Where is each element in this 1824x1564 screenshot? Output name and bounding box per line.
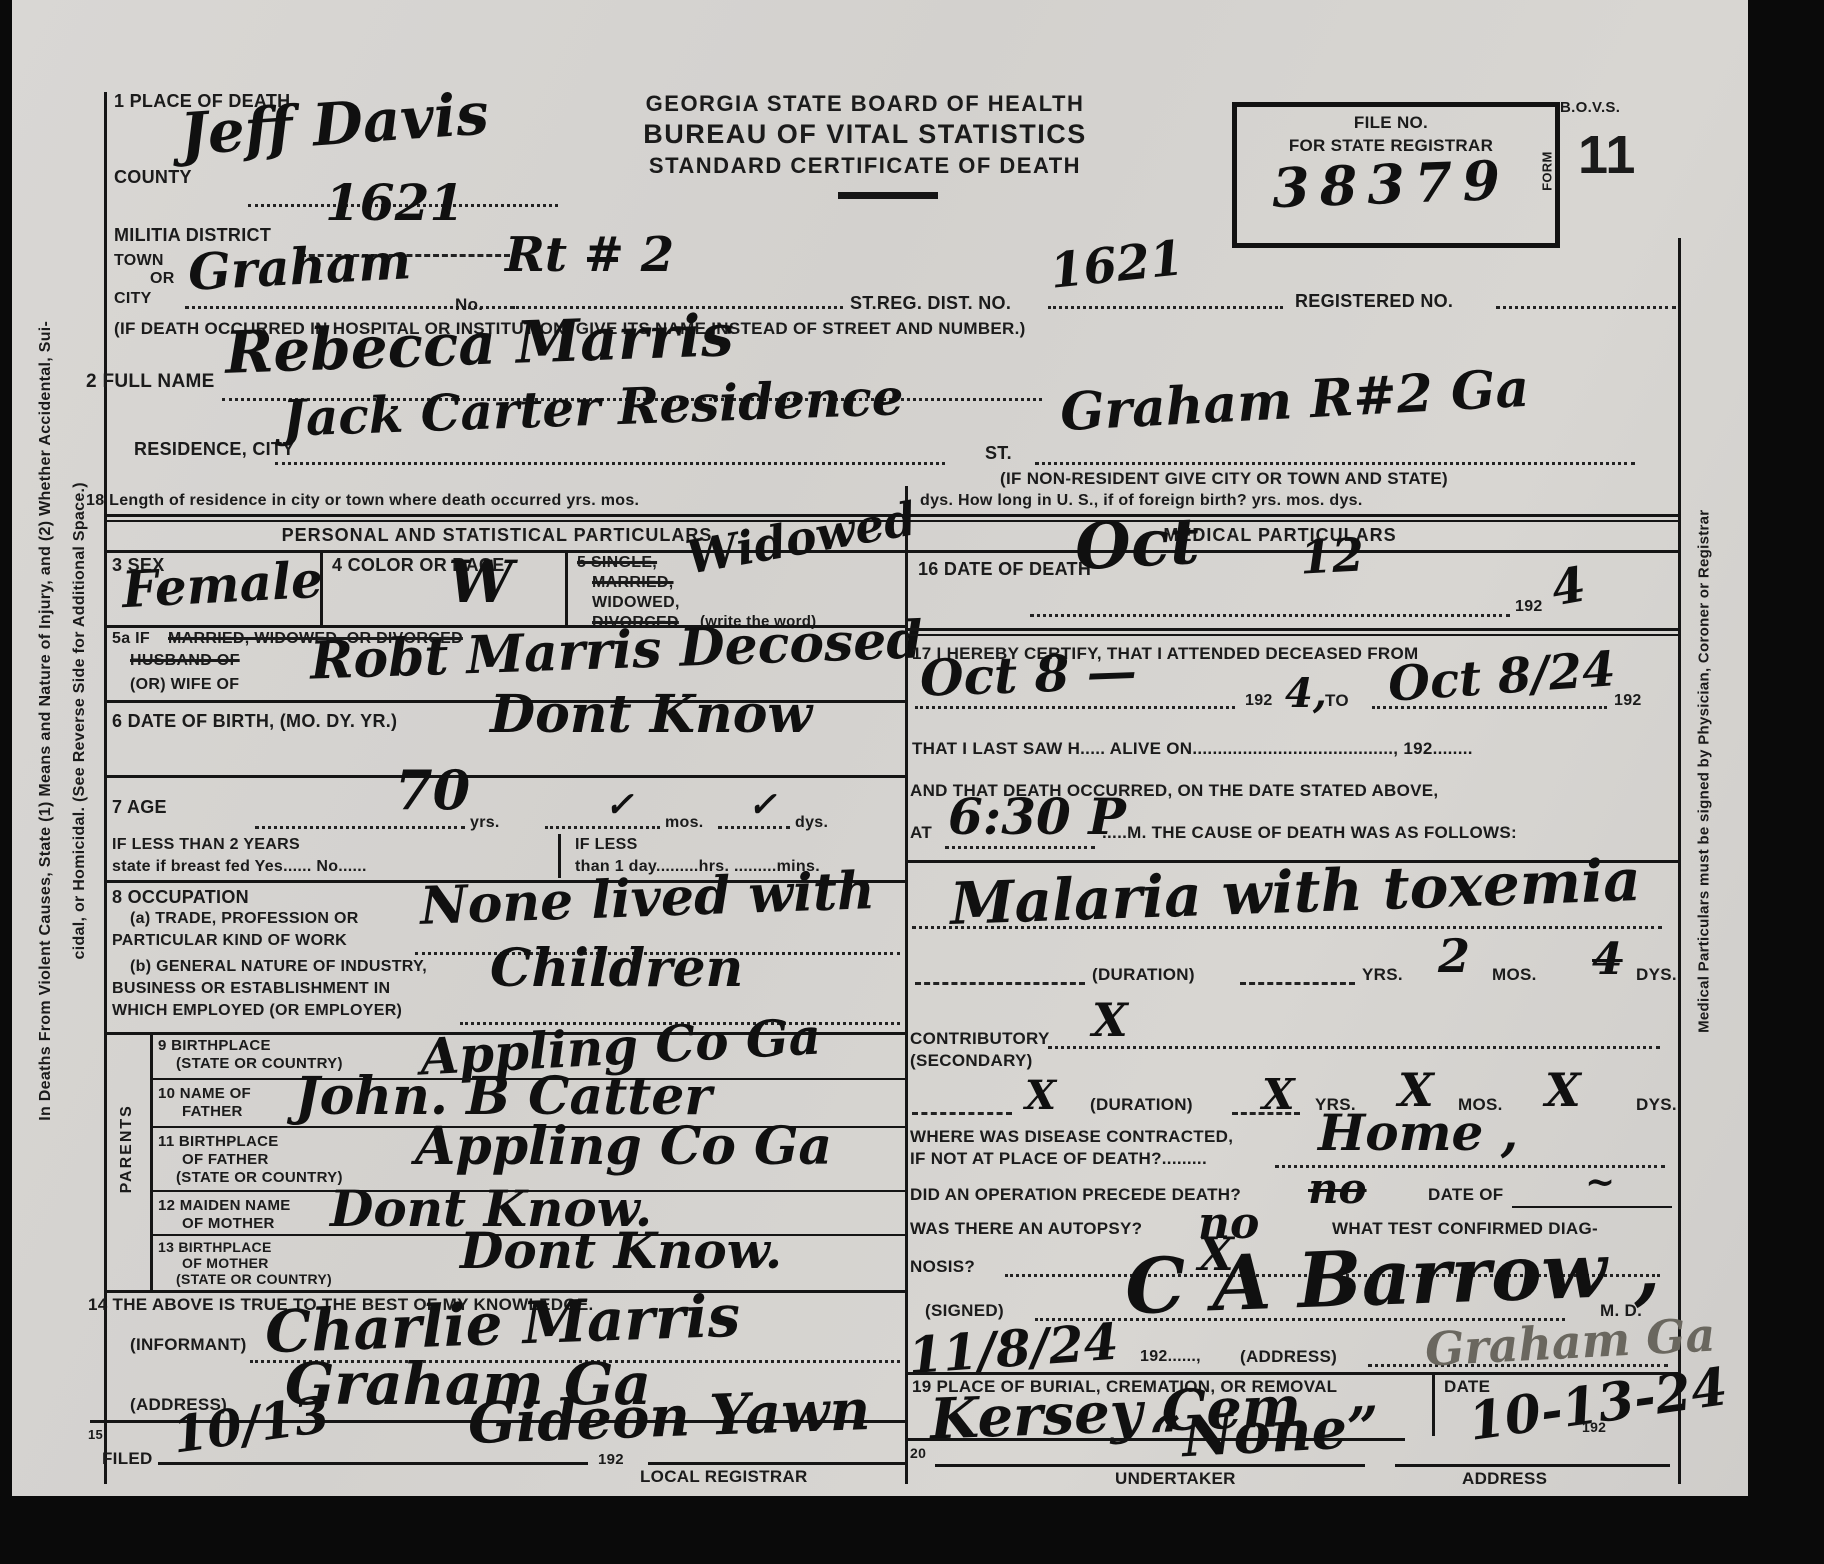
signature-date-value: 11/8/24 <box>907 1319 1120 1379</box>
occupation-a1-label: (a) TRADE, PROFESSION OR <box>130 910 359 928</box>
signature-address-label: (ADDRESS) <box>1240 1348 1337 1367</box>
time-of-death-value: 6:30 P <box>948 794 1126 839</box>
occupation-a2-label: PARTICULAR KIND OF WORK <box>112 932 347 950</box>
father-birthplace-value: Appling Co Ga <box>415 1124 832 1171</box>
duration2-lead-rule <box>912 1112 1012 1115</box>
masthead-divider <box>838 192 938 199</box>
disease-contracted-value: Home , <box>1318 1110 1518 1155</box>
age-mos-label: mos. <box>665 814 704 832</box>
father-birthplace-sublabel2: (STATE OR COUNTRY) <box>176 1170 343 1187</box>
occupation-b3-label: WHICH EMPLOYED (OR EMPLOYER) <box>112 1002 402 1020</box>
occupation-b-value: Children <box>490 946 743 993</box>
autopsy-question: WAS THERE AN AUTOPSY? <box>910 1220 1142 1239</box>
father-birthplace-sublabel1: OF FATHER <box>182 1152 269 1169</box>
race-value: W <box>448 556 513 608</box>
parents-bracket <box>150 1032 153 1290</box>
age-yrs-label: yrs. <box>470 814 500 832</box>
last-saw-statement: THAT I LAST SAW H..... ALIVE ON.........… <box>912 740 1473 759</box>
mother-maiden-label: 12 MAIDEN NAME <box>158 1198 291 1215</box>
dob-rule <box>105 775 905 778</box>
form-word-wrap: FORM <box>1513 162 1583 180</box>
full-name-label: 2 FULL NAME <box>86 372 215 393</box>
signed-label: (SIGNED) <box>925 1302 1004 1321</box>
attended-from-year-printed: 192 <box>1245 692 1273 710</box>
duration2-pre-mark: X <box>1025 1078 1056 1114</box>
bovs-label: B.O.V.S. <box>1560 100 1620 117</box>
duration2-label: (DURATION) <box>1090 1096 1193 1115</box>
race-marital-divider <box>565 552 568 625</box>
occupation-b2-label: BUSINESS OR ESTABLISHMENT IN <box>112 980 390 998</box>
right-margin-note-wrap: Medical Particulars must be signed by Ph… <box>1205 762 1824 780</box>
sex-race-divider <box>320 552 323 625</box>
date-of-death-year-hw: 4 <box>1549 563 1589 611</box>
residence-label: RESIDENCE, CITY <box>134 440 295 460</box>
left-margin-note-line2: cidal, or Homicidal. (See Reverse Side f… <box>71 482 89 959</box>
date-of-death-year-printed: 192 <box>1515 598 1543 616</box>
marital-option-married: MARRIED, <box>592 574 674 592</box>
form-word: FORM <box>1541 151 1555 190</box>
town-value: Graham <box>187 238 412 295</box>
duration-yrs-label: YRS. <box>1362 966 1403 985</box>
duration2-yrs-mark: X <box>1262 1076 1295 1114</box>
attended-from-year-hw: 4, <box>1285 676 1327 712</box>
disease-contracted-label2: IF NOT AT PLACE OF DEATH?......... <box>910 1150 1207 1169</box>
date-of-death-day: 12 <box>1299 534 1365 579</box>
age-yrs-rule <box>255 826 465 829</box>
secondary-label: (SECONDARY) <box>910 1052 1033 1071</box>
contributory-label: CONTRIBUTORY <box>910 1030 1050 1049</box>
informant-label: (INFORMANT) <box>130 1336 247 1355</box>
dob-value: Dont Know <box>490 692 812 739</box>
date-of-label: DATE OF <box>1428 1186 1503 1205</box>
age-label: 7 AGE <box>112 798 167 818</box>
county-label: COUNTY <box>114 168 192 188</box>
nosis-label: NOSIS? <box>910 1258 975 1277</box>
militia-district-value: 1621 <box>325 180 464 225</box>
m5a-prefix: 5a IF <box>112 630 150 648</box>
file-no-value: 38379 <box>1231 154 1551 214</box>
or-label: OR <box>150 270 175 288</box>
time-rule <box>945 846 1095 849</box>
attended-from-value: Oct 8 — <box>919 648 1137 701</box>
filed-year-printed: 192 <box>598 1452 624 1469</box>
duration-mos-label: MOS. <box>1492 966 1537 985</box>
attended-from-rule <box>915 706 1235 709</box>
undertaker-section-number: 20 <box>910 1446 926 1461</box>
age-mos-mark: ✓ <box>605 790 634 821</box>
burial-year-printed: 192 <box>1582 1420 1606 1435</box>
physician-signature: C A Barrow , <box>1124 1235 1661 1322</box>
duration2-dys-mark: X <box>1545 1070 1581 1111</box>
to-label: TO <box>1325 692 1349 711</box>
informant-value: Charlie Marris <box>264 1290 741 1359</box>
occupation-a-value: None lived with <box>419 868 875 931</box>
town-label: TOWN <box>114 252 164 270</box>
duration-yrs-rule <box>1240 982 1355 985</box>
mother-maiden-sublabel: OF MOTHER <box>182 1216 275 1233</box>
rule-c <box>105 550 1681 553</box>
father-name-value: John. B Catter <box>295 1074 712 1121</box>
registered-no-label: REGISTERED NO. <box>1295 292 1453 312</box>
duration-mos-value: 2 <box>1438 936 1470 977</box>
streg-value: 1621 <box>1048 237 1185 294</box>
age-dys-rule <box>718 826 790 829</box>
age-dys-mark: ✓ <box>748 790 777 821</box>
duration-lead-rule <box>915 982 1085 985</box>
date-of-death-label: 16 DATE OF DEATH <box>918 560 1091 580</box>
undertaker-label: UNDERTAKER <box>1115 1470 1236 1489</box>
dod-rule-a <box>905 628 1681 631</box>
cause-rule <box>912 926 1662 929</box>
operation-question: DID AN OPERATION PRECEDE DEATH? <box>910 1186 1241 1205</box>
wife-of-label: (OR) WIFE OF <box>130 676 239 694</box>
filed-label: FILED <box>102 1450 153 1469</box>
disease-contracted-label1: WHERE WAS DISEASE CONTRACTED, <box>910 1128 1233 1147</box>
attended-to-value: Oct 8/24 <box>1387 648 1617 707</box>
mother-birthplace-sublabel1: OF MOTHER <box>182 1256 269 1271</box>
father-name-label: 10 NAME OF <box>158 1086 251 1103</box>
occupation-b1-label: (b) GENERAL NATURE OF INDUSTRY, <box>130 958 427 976</box>
registrar-signature: Gideon Yawn <box>467 1385 871 1449</box>
mother-birthplace-sublabel2: (STATE OR COUNTRY) <box>176 1272 332 1287</box>
file-no-label: FILE NO. <box>1232 114 1550 133</box>
age-value: 70 <box>395 766 470 815</box>
sex-value: Female <box>121 557 324 612</box>
date-of-death-month: Oct <box>1074 513 1201 577</box>
age-dys-label: dys. <box>795 814 828 832</box>
contributory-rule <box>1048 1046 1660 1049</box>
breast-fed-label: state if breast fed Yes...... No...... <box>112 858 367 876</box>
duration2-dys-label: DYS. <box>1636 1096 1677 1115</box>
age-mos-rule <box>545 826 660 829</box>
if-less-label: IF LESS <box>575 836 638 854</box>
local-registrar-label: LOCAL REGISTRAR <box>640 1468 808 1487</box>
registrar-rule <box>648 1462 905 1465</box>
st-rule <box>1035 462 1635 465</box>
form-number: 11 <box>1578 126 1636 185</box>
contributory-mark: X <box>1092 1000 1128 1041</box>
marital-option-single: 5 SINGLE, <box>577 554 657 572</box>
undertaker-value: “None” <box>1149 1402 1381 1464</box>
parents-label: PARENTS <box>118 1104 136 1193</box>
date-of-mark: ~ <box>1585 1166 1615 1198</box>
date-of-death-rule <box>1030 614 1510 617</box>
county-value: Jeff Davis <box>179 87 491 161</box>
undertaker-address-label: ADDRESS <box>1462 1470 1547 1489</box>
undertaker-rule <box>935 1464 1365 1467</box>
residence-rule <box>275 462 945 465</box>
full-name-value: Rebecca Marris <box>224 309 734 379</box>
no-value: Rt # 2 <box>505 234 674 277</box>
father-name-sublabel: FATHER <box>182 1104 243 1121</box>
signature-year-printed: 192......, <box>1140 1348 1201 1366</box>
marital-option-widowed: WIDOWED, <box>592 594 680 612</box>
duration-label: (DURATION) <box>1092 966 1195 985</box>
duration-dys-value: 4 <box>1592 940 1623 980</box>
mother-birthplace-value: Dont Know. <box>460 1228 782 1273</box>
filed-rule <box>158 1462 588 1465</box>
mother-birthplace-label: 13 BIRTHPLACE <box>158 1240 272 1255</box>
father-birthplace-label: 11 BIRTHPLACE <box>158 1134 279 1151</box>
at-label: AT <box>910 824 932 843</box>
filed-section-number: 15 <box>88 1428 103 1442</box>
dod-rule-b <box>905 634 1681 636</box>
masthead-line2: BUREAU OF VITAL STATISTICS <box>540 120 1190 150</box>
masthead-line1: GEORGIA STATE BOARD OF HEALTH <box>540 92 1190 116</box>
dob-label: 6 DATE OF BIRTH, (MO. DY. YR.) <box>112 712 397 732</box>
birthplace-label: 9 BIRTHPLACE <box>158 1038 271 1055</box>
undertaker-address-rule <box>1395 1464 1670 1467</box>
streg-rule <box>1048 306 1283 309</box>
nonresident-note: (IF NON-RESIDENT GIVE CITY OR TOWN AND S… <box>1000 470 1448 489</box>
length-of-residence-label: 18 Length of residence in city or town w… <box>86 492 639 510</box>
occupation-label: 8 OCCUPATION <box>112 888 249 908</box>
operation-answer: no <box>1308 1170 1367 1208</box>
husband-of-label: HUSBAND OF <box>130 652 240 670</box>
right-margin-note: Medical Particulars must be signed by Ph… <box>1697 510 1714 1033</box>
streg-label: ST.REG. DIST. NO. <box>850 294 1011 314</box>
masthead-line3: STANDARD CERTIFICATE OF DEATH <box>540 154 1190 178</box>
city-label: CITY <box>114 290 152 308</box>
form-left-border <box>104 92 107 1484</box>
burial-date-divider <box>1432 1372 1435 1436</box>
cause-intro-label: .....M. THE CAUSE OF DEATH WAS AS FOLLOW… <box>1102 824 1517 843</box>
attended-to-year-printed: 192 <box>1614 692 1642 710</box>
scanned-death-certificate: In Deaths From Violent Causes, State (1)… <box>0 0 1824 1564</box>
less-than-2-label: IF LESS THAN 2 YEARS <box>112 836 300 854</box>
registered-rule <box>1496 306 1676 309</box>
duration-dys-label: DYS. <box>1636 966 1677 985</box>
date-of-rule <box>1512 1206 1672 1208</box>
st-label: ST. <box>985 444 1012 464</box>
